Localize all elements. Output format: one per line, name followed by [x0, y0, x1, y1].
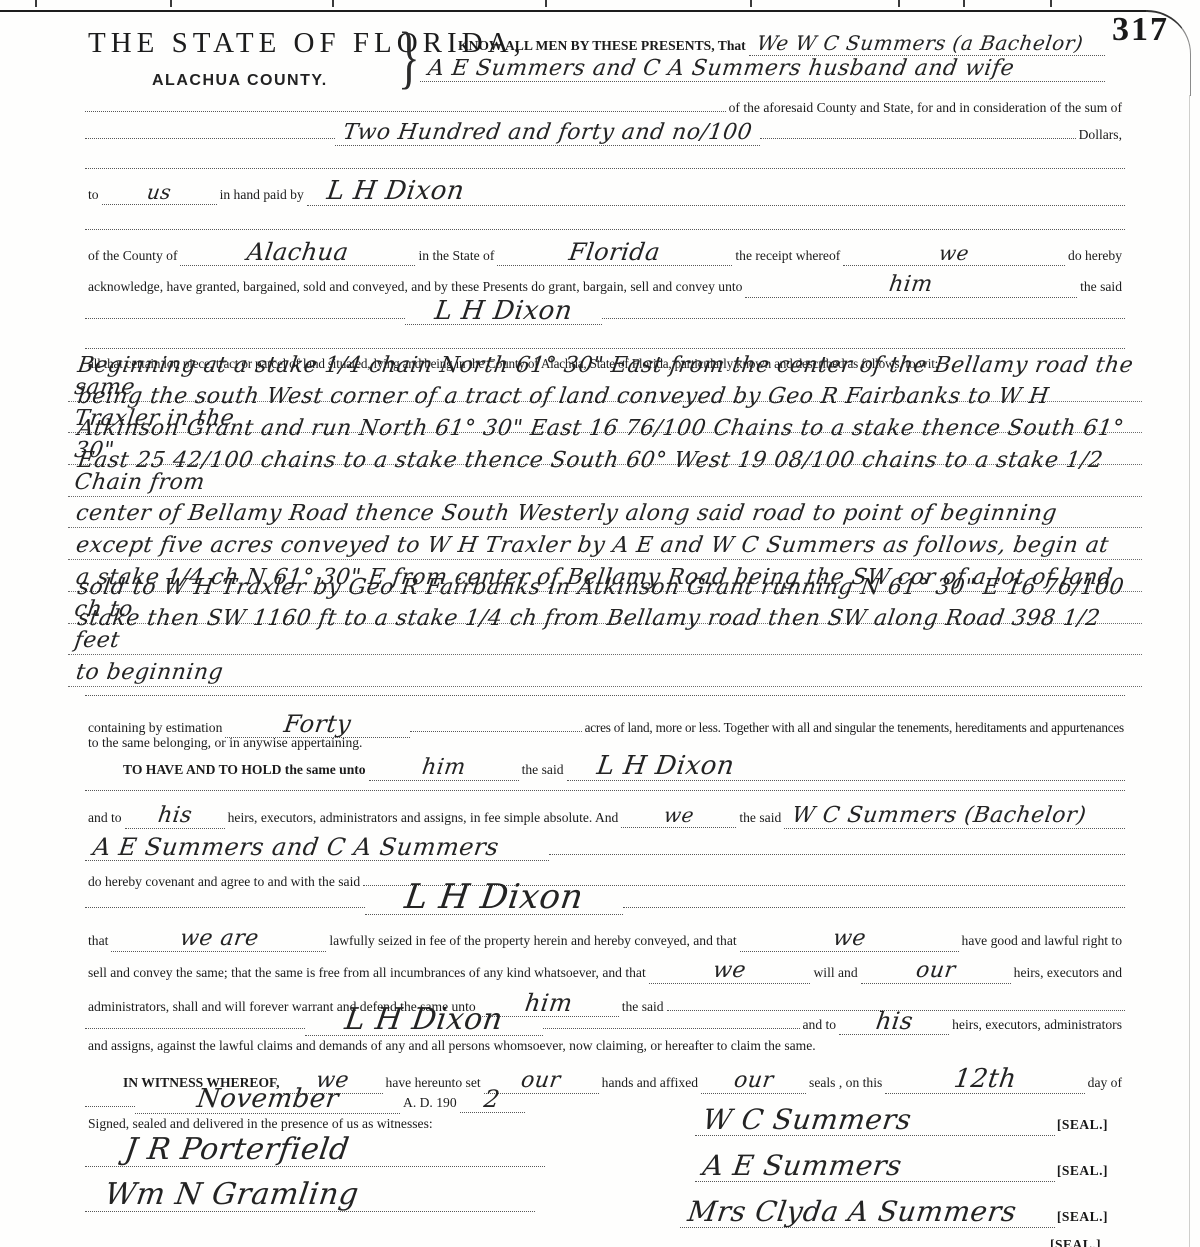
our-seals-blank: our [701, 1070, 806, 1094]
amount-blank: Two Hundred and forty and no/100 [335, 122, 760, 146]
heirs-pronoun-blank: his [125, 805, 225, 829]
will-and-label: will and [810, 965, 860, 981]
our-pronoun: our [906, 960, 965, 983]
blank-line [85, 1106, 135, 1107]
grantee-blank: L H Dixon [567, 753, 1125, 781]
seal-label: [SEAL.] [1048, 1237, 1103, 1247]
we-pronoun3-blank: we [649, 960, 811, 984]
acknowledge-text: acknowledge, have granted, bargained, so… [85, 279, 745, 295]
blank-line [85, 695, 1125, 696]
grantee-name: L H Dixon [565, 753, 744, 780]
habendum-pronoun-blank: him [369, 757, 519, 781]
heirs-exec-label: heirs, executors and [1011, 965, 1125, 981]
month-value: November [187, 1086, 348, 1113]
habendum-pronoun: him [412, 757, 475, 780]
ruler-tick [750, 0, 752, 7]
blank-row [85, 695, 1125, 696]
ruler-tick [898, 0, 900, 7]
receipt-pronoun: we [930, 243, 979, 264]
signature1: W C Summers [693, 1106, 921, 1135]
grantors-line2-blank: A E Summers and C A Summers husband and … [420, 58, 1105, 82]
month-row: November A. D. 190 2 [85, 1086, 645, 1114]
amount-words: Two Hundred and forty and no/100 [333, 122, 761, 145]
grantee-name: L H Dixon [303, 1005, 545, 1035]
seized-text: lawfully seized in fee of the property h… [326, 933, 739, 949]
signature2: A E Summers [693, 1152, 912, 1181]
grantor-restate1: W C Summers (Bachelor) [783, 805, 1096, 828]
blank-line [549, 854, 1125, 855]
deed-page: 317 THE STATE OF FLORIDA, } ALACHUA COUN… [0, 0, 1200, 1247]
ruler-tick [35, 0, 37, 7]
description-text: East 25 42/100 chains to a stake thence … [65, 450, 1145, 496]
year-value: 2 [474, 1087, 509, 1112]
grantee-name: L H Dixon [403, 298, 604, 324]
we-pronoun: we [654, 805, 703, 826]
description-text: stake then SW 1160 ft to a stake 1/4 ch … [65, 608, 1145, 654]
ad-label: A. D. 190 [400, 1095, 460, 1111]
in-state-label: in the State of [415, 248, 497, 264]
grantor-restate2-row: A E Summers and C A Summers [85, 835, 1125, 861]
containing-label: containing by estimation [85, 720, 225, 736]
and-to-label2: and to [800, 1017, 840, 1033]
belonging-row: to the same belonging, or in anywise app… [85, 735, 365, 751]
unto-pronoun: him [880, 274, 943, 297]
ruler-tick [332, 0, 334, 7]
acres-value: Forty [275, 712, 361, 737]
description-text: except five acres conveyed to W H Traxle… [66, 535, 1118, 559]
title-county: ALACHUA COUNTY. [152, 72, 328, 90]
grantor-restate2-blank: A E Summers and C A Summers [85, 835, 549, 861]
seal-label: [SEAL.] [1055, 1163, 1110, 1179]
grantee-blank: L H Dixon [405, 298, 602, 325]
blank-line [85, 348, 1125, 349]
our-seals: our [724, 1070, 783, 1093]
witness2-blank: Wm N Gramling [85, 1180, 535, 1212]
signature3: Mrs Clyda A Summers [678, 1198, 1026, 1227]
fee-simple-row: and to his heirs, executors, administrat… [85, 805, 1125, 829]
receipt-label: the receipt whereof [732, 248, 843, 264]
our-pronoun-blank: our [861, 960, 1011, 984]
assigns-text: and assigns, against the lawful claims a… [85, 1038, 819, 1054]
witness1-blank: J R Porterfield [85, 1135, 545, 1167]
aforesaid-text: of the aforesaid County and State, for a… [726, 100, 1125, 116]
description-line: center of Bellamy Road thence South West… [68, 497, 1142, 529]
belonging-text: to the same belonging, or in anywise app… [85, 735, 365, 751]
grantors-line1-blank: We W C Summers (a Bachelor) [749, 33, 1105, 56]
ruler-tick [1050, 0, 1052, 7]
receipt-pronoun-blank: we [843, 243, 1065, 266]
we-are-value: we are [170, 928, 268, 951]
signature1-blank: W C Summers [695, 1106, 1055, 1136]
to-pronoun: us [138, 182, 181, 203]
grantee-row-2: L H Dixon and to his heirs, executors, a… [85, 1005, 1125, 1036]
paid-by-row: to us in hand paid by L H Dixon [85, 178, 1125, 206]
blank-line [602, 318, 1125, 319]
habendum-row: TO HAVE AND TO HOLD the same unto him th… [120, 753, 1125, 781]
presents-row: KNOW ALL MEN BY THESE PRESENTS, That We … [455, 33, 1105, 56]
ruler-tick [170, 0, 172, 7]
description-line: to beginning [68, 655, 1142, 687]
unto-pronoun-blank: him [745, 274, 1077, 298]
grantee-row: L H Dixon [85, 298, 1125, 325]
we-pronoun-blank: we [621, 805, 736, 828]
heirs-admin-label: heirs, executors, administrators [949, 1017, 1125, 1033]
page-number: 317 [1112, 11, 1169, 49]
blank-line [85, 138, 335, 139]
grantee-name-big: L H Dixon [363, 880, 626, 914]
signature-row: [SEAL.] [1048, 1237, 1103, 1247]
to-pronoun-blank: us [102, 182, 217, 205]
blank-line [85, 229, 1125, 230]
grantee-big-row: L H Dixon [85, 880, 1125, 915]
signature-row: A E Summers [SEAL.] [695, 1152, 1110, 1182]
blank-line [623, 907, 1125, 908]
state-value: Florida [560, 240, 671, 265]
day-value: 12th [944, 1066, 1026, 1093]
blank-line [760, 138, 1076, 139]
we-pronoun3: we [704, 960, 756, 983]
witness2-signature: Wm N Gramling [83, 1180, 369, 1211]
blank-row [85, 229, 1125, 230]
fee-simple-text: heirs, executors, administrators and ass… [225, 810, 622, 826]
we-are-blank: we are [111, 928, 326, 952]
heirs-pronoun: his [148, 805, 201, 828]
description-text: to beginning [66, 662, 232, 686]
state-blank: Florida [497, 240, 732, 266]
in-hand-label: in hand paid by [217, 187, 307, 203]
the-said-label: the said [519, 762, 567, 778]
and-to-label: and to [85, 810, 125, 826]
that-label: that [85, 933, 111, 949]
payer-blank: L H Dixon [307, 178, 1125, 206]
grantors-row: A E Summers and C A Summers husband and … [420, 58, 1105, 82]
blank-line [85, 907, 365, 908]
grantors-line1: We W C Summers (a Bachelor) [747, 33, 1092, 54]
blank-row [85, 168, 1125, 169]
grantee-blank: L H Dixon [305, 1005, 543, 1036]
grantee-big-blank: L H Dixon [365, 880, 623, 915]
seal-label: [SEAL.] [1055, 1209, 1110, 1225]
blank-row [85, 348, 1125, 349]
signed-row: Signed, sealed and delivered in the pres… [85, 1116, 436, 1132]
signature-row: W C Summers [SEAL.] [695, 1106, 1110, 1136]
seized-row: that we are lawfully seized in fee of th… [85, 928, 1125, 952]
signature2-blank: A E Summers [695, 1152, 1055, 1182]
grantor-restate1-blank: W C Summers (Bachelor) [784, 805, 1125, 829]
dollars-label: Dollars, [1076, 127, 1125, 143]
year-blank: 2 [460, 1087, 525, 1113]
month-blank: November [135, 1086, 400, 1114]
presents-label: KNOW ALL MEN BY THESE PRESENTS, That [455, 38, 749, 54]
assigns-row: and assigns, against the lawful claims a… [85, 1038, 819, 1054]
sell-row: sell and convey the same; that the same … [85, 960, 1125, 984]
day-blank: 12th [885, 1066, 1084, 1094]
page-right-edge [1189, 95, 1190, 1247]
we-pronoun2-blank: we [740, 928, 959, 952]
page-top-rule [0, 10, 1148, 12]
day-of-label: day of [1085, 1075, 1125, 1091]
seal-label: [SEAL.] [1055, 1117, 1110, 1133]
witness-signature-row: J R Porterfield [85, 1135, 545, 1167]
county-blank: Alachua [180, 240, 415, 266]
heirs-pronoun2: his [866, 1009, 922, 1034]
ruler-tick [963, 0, 965, 7]
ruler-tick [545, 0, 547, 7]
payer-name: L H Dixon [305, 178, 474, 205]
signed-text: Signed, sealed and delivered in the pres… [85, 1116, 436, 1132]
county-state-row: of the County of Alachua in the State of… [85, 240, 1125, 266]
signature-row: Mrs Clyda A Summers [SEAL.] [680, 1198, 1110, 1228]
witness-signature-row: Wm N Gramling [85, 1180, 535, 1212]
sell-text: sell and convey the same; that the same … [85, 965, 649, 981]
habendum-label: TO HAVE AND TO HOLD the same unto [120, 762, 369, 778]
of-county-label: of the County of [85, 248, 180, 264]
blank-line [410, 731, 581, 732]
blank-row [85, 790, 1125, 791]
the-said-label: the said [736, 810, 784, 826]
blank-line [85, 790, 1125, 791]
blank-line [543, 1028, 800, 1029]
heirs-pronoun2-blank: his [839, 1009, 949, 1035]
witness1-signature: J R Porterfield [83, 1135, 359, 1166]
blank-line [85, 168, 1125, 169]
seals-label: seals , on this [806, 1075, 885, 1091]
amount-row: Two Hundred and forty and no/100 Dollars… [85, 122, 1125, 146]
to-label: to [85, 187, 102, 203]
grantors-line2: A E Summers and C A Summers husband and … [418, 58, 1023, 81]
signature3-blank: Mrs Clyda A Summers [680, 1198, 1055, 1228]
aforesaid-row: of the aforesaid County and State, for a… [85, 100, 1125, 116]
blank-line [85, 111, 726, 112]
description-text: center of Bellamy Road thence South West… [66, 503, 1066, 527]
blank-line [85, 318, 405, 319]
acknowledge-row: acknowledge, have granted, bargained, so… [85, 274, 1125, 298]
description-line: East 25 42/100 chains to a stake thence … [68, 465, 1142, 497]
do-hereby-label: do hereby [1065, 248, 1125, 264]
right-text: have good and lawful right to [959, 933, 1125, 949]
the-said-label: the said [1077, 279, 1125, 295]
description-block: Beginning at a stake 1/4 chain North 61°… [68, 370, 1142, 687]
county-value: Alachua [237, 240, 358, 265]
blank-line [85, 1028, 305, 1029]
we-pronoun2: we [823, 928, 875, 951]
description-line: except five acres conveyed to W H Traxle… [68, 528, 1142, 560]
brace-glyph: } [398, 18, 420, 98]
containing-suffix: acres of land, more or less. Together wi… [582, 720, 1127, 736]
description-line: stake then SW 1160 ft to a stake 1/4 ch … [68, 624, 1142, 656]
grantor-restate2: A E Summers and C A Summers [83, 835, 550, 860]
